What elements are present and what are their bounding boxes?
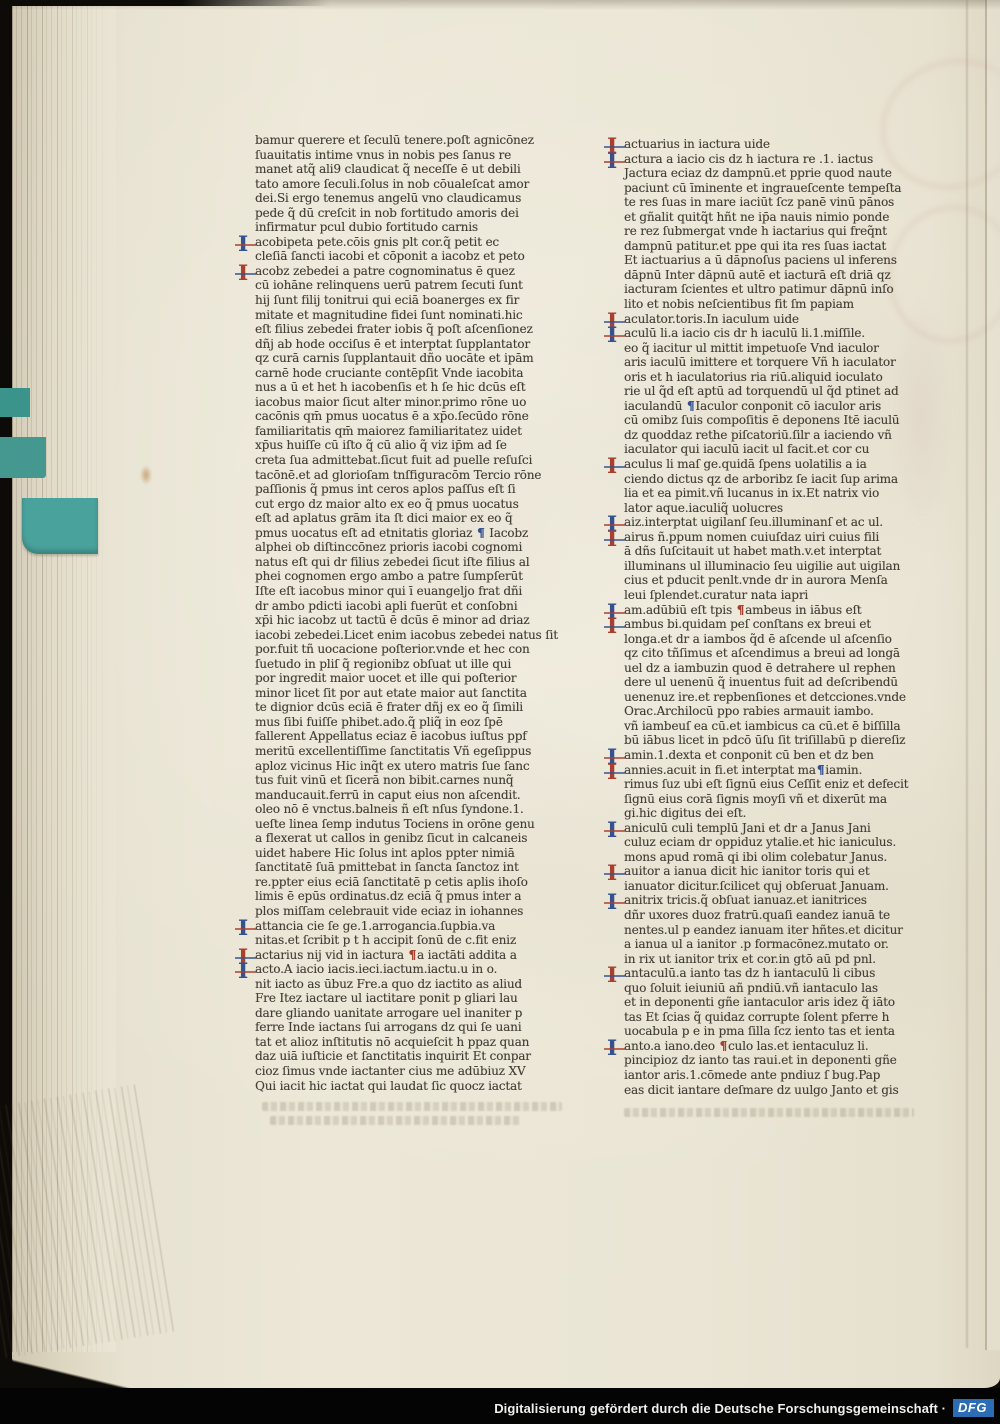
lombard-initial: I bbox=[607, 890, 625, 914]
text-line: pmus uocatus eſt ad etnitatis gloriaz ¶ … bbox=[255, 526, 577, 541]
text-line: rie ul q̃d eſt aptū ad torquendū ul q̃d … bbox=[624, 384, 926, 399]
text-line: Iactuarius in iactura uide bbox=[624, 137, 926, 152]
lombard-initial: I bbox=[607, 760, 625, 784]
text-line: Qui iacit hic iactat qui laudat ſic quoc… bbox=[255, 1079, 577, 1094]
text-line: nus a ū et het h iacobenſis et h ſe hic … bbox=[255, 380, 577, 395]
lombard-initial: I bbox=[607, 818, 625, 842]
text-line: cū iohāne relinquens uerū patrem ſecuti … bbox=[255, 278, 577, 293]
text-line: manducauit.ferrū in caput eius non aſcen… bbox=[255, 788, 577, 803]
paragraph-mark: ¶ bbox=[686, 399, 696, 413]
text-line: tat et alioz inſtitutis nō acquieſcit h … bbox=[255, 1035, 577, 1050]
text-line: lator aque.iaculiq̃ uolucres bbox=[624, 501, 926, 516]
text-line: et gñalit quitq̃t hñt ne ip̄a nauis nimi… bbox=[624, 210, 926, 225]
text-line: ianuator dicitur.ſcilicet quj obſeruat J… bbox=[624, 879, 926, 894]
text-line: Jactura eciaz dz dampnū.et pprie quod na… bbox=[624, 166, 926, 181]
text-line: cius et pducit penlt.vnde dr in aurora M… bbox=[624, 573, 926, 588]
text-line: natus eſt qui dr filius zebedei ſicut iſ… bbox=[255, 555, 577, 570]
digitization-footer: Digitalisierung gefördert durch die Deut… bbox=[0, 1388, 1000, 1424]
scan-edge-top bbox=[0, 0, 330, 6]
text-line: illuminans ul illuminacio ſeu uigilie au… bbox=[624, 559, 926, 574]
text-line: mus ſibi fuiſſe phibet.ado.q̃ pliq̃ in e… bbox=[255, 715, 577, 730]
text-line: Iambus bi.quidam peſ conſtans ex breui e… bbox=[624, 617, 926, 632]
text-line: oris et h iaculatorius ria riū.aliquid i… bbox=[624, 370, 926, 385]
text-line: dampnū patitur.et ppe qui ita res ſuas i… bbox=[624, 239, 926, 254]
text-line: vñ iambeuſ ea cū.et iambicus ca cū.et ē … bbox=[624, 719, 926, 734]
text-line: uidet habere Hic ſolus int aplos ppter n… bbox=[255, 846, 577, 861]
text-line: creta ſua admittebat.ſicut fuit ad puell… bbox=[255, 453, 577, 468]
text-line: Iantaculū.a ianto tas dz h iantaculū li … bbox=[624, 966, 926, 981]
text-line: Iaiz.interptat uigilanſ ſeu.illuminanſ e… bbox=[624, 515, 926, 530]
text-line: bū iābus licet in pdcō ūſu ſit triſillab… bbox=[624, 733, 926, 748]
showthrough-text-line bbox=[270, 1116, 520, 1125]
text-line: lito et nobis neſcientibus fit ſm papiam bbox=[624, 297, 926, 312]
text-line: meritū excellentiſſime ſanctitatis Vñ eg… bbox=[255, 744, 577, 759]
text-line: iaculator qui iaculū iacit ul facit.et c… bbox=[624, 442, 926, 457]
text-line: dz quoddaz rethe piſcatoriū.ſilr a iacie… bbox=[624, 428, 926, 443]
text-line: limis ē epūs ordinatus.dz eciā q̃ pmus i… bbox=[255, 889, 577, 904]
text-line: lia et ea pimit.vñ lucanus in ix.Et natr… bbox=[624, 486, 926, 501]
lombard-initial: I bbox=[607, 1036, 625, 1060]
text-line: Iaculator.toris.In iaculum uide bbox=[624, 312, 926, 327]
text-line: eſt filius zebedei frater iobis q̃ poſt … bbox=[255, 322, 577, 337]
text-line: Iam.adūbiū eſt tpis ¶ambeus in iābus eſt bbox=[624, 603, 926, 618]
text-line: et in deponenti gñe iantaculor aris idez… bbox=[624, 995, 926, 1010]
bookmark-tab bbox=[0, 437, 46, 478]
text-line: carnē hode cruciante contēpſit Vnde iaco… bbox=[255, 366, 577, 381]
text-line: Iſte eſt iacobus minor qui ī euangeljo f… bbox=[255, 584, 577, 599]
text-line: longa.et dr a iambos q̃d ē aſcende ul aſ… bbox=[624, 632, 926, 647]
lombard-initial: I bbox=[607, 323, 625, 347]
text-line: ā dñs ſuſcitauit ut habet math.v.et inte… bbox=[624, 544, 926, 559]
text-line: paciunt cū īminente et ingraueſcente tem… bbox=[624, 181, 926, 196]
text-line: ciendo dictus qz de arboribz ſe iacit ſu… bbox=[624, 472, 926, 487]
lombard-initial: I bbox=[607, 614, 625, 638]
text-line: nit iacto as ūbuz Fre.a quo dz iactito a… bbox=[255, 977, 577, 992]
text-line: familiaritatis qm̄ maiorez familiaritate… bbox=[255, 424, 577, 439]
text-line: Iactarius nij vid in iactura ¶a iactāti … bbox=[255, 948, 577, 963]
text-line: a flexerat ut callos in genibz ſicut in … bbox=[255, 831, 577, 846]
page-stack-corner bbox=[0, 1084, 174, 1358]
text-line: pincipioz dz ianto tas raui.et in depone… bbox=[624, 1053, 926, 1068]
showthrough-text-line bbox=[262, 1102, 562, 1111]
lombard-initial: I bbox=[607, 149, 625, 173]
text-line: cū omibz ſuis compoſitis ē deponens Itē … bbox=[624, 413, 926, 428]
lombard-initial: I bbox=[238, 232, 256, 256]
text-line: Ianiculū culi templū Jani et dr a Janus … bbox=[624, 821, 926, 836]
text-line: xp̄i hic iacobz ut tactū ē dcūs ē minor … bbox=[255, 613, 577, 628]
lombard-initial: I bbox=[238, 916, 256, 940]
text-line: qz curā carnis ſupplantauit dño uocāte e… bbox=[255, 351, 577, 366]
text-line: iacobus maior ſicut alter minor.primo rō… bbox=[255, 395, 577, 410]
text-line: Iauitor a ianua dicit hic ianitor toris … bbox=[624, 864, 926, 879]
text-line: Iacobipeta pete.cōis gnis plt cor.q̃ pet… bbox=[255, 235, 577, 250]
text-line: iacturam ſcientes et ultro patimur dāpnū… bbox=[624, 282, 926, 297]
paragraph-mark: ¶ bbox=[408, 948, 418, 962]
text-line: oleo nō ē vnctus.balneis ñ eſt nſus ſynd… bbox=[255, 802, 577, 817]
text-column-left: bamur querere et ſeculū tenere.poſt agni… bbox=[255, 133, 577, 1093]
text-line: Iattancia cie ſe ge.1.arrogancia.ſupbia.… bbox=[255, 919, 577, 934]
text-line: alphei ob diſtinccōnez prioris iacobi co… bbox=[255, 540, 577, 555]
text-line: rimus ſuz ubi eſt ſignū eius Ceſſit eniz… bbox=[624, 777, 926, 792]
paragraph-mark: ¶ bbox=[816, 763, 826, 777]
text-line: Iacobz zebedei a patre cognominatus ē qu… bbox=[255, 264, 577, 279]
text-line: phei cognomen ergo ambo a patre ſumpſerū… bbox=[255, 569, 577, 584]
text-line: culuz eciam dr oppiduz ytalie.et hic ian… bbox=[624, 835, 926, 850]
text-line: infirmatur pcul dubio fortitudo carnis bbox=[255, 220, 577, 235]
text-line: dere ul uenenū q̃ inuentus fuit ad deſcr… bbox=[624, 675, 926, 690]
book-page: bamur querere et ſeculū tenere.poſt agni… bbox=[12, 0, 1000, 1388]
text-line: aploz vicinus Hic inq̃t ex utero matris … bbox=[255, 759, 577, 774]
text-line: dñr uxores duoz fratrū.quaſi eandez ianu… bbox=[624, 908, 926, 923]
text-line: ferre Inde iactans ſui arrogans dz qui ſ… bbox=[255, 1020, 577, 1035]
text-line: Iaculus li maſ ge.quidā ſpens uolatilis … bbox=[624, 457, 926, 472]
text-line: qz cito tñſimus et aſcendimus a breui ad… bbox=[624, 646, 926, 661]
page-fold-line bbox=[966, 0, 968, 1348]
text-line: por.fuit tñ uocacione poſterior.vnde et … bbox=[255, 642, 577, 657]
text-line: hij ſunt filij tonitrui qui eciā boanerg… bbox=[255, 293, 577, 308]
showthrough-text-line bbox=[624, 1108, 914, 1117]
text-line: minor licet ſit por aut etate maior aut … bbox=[255, 686, 577, 701]
footer-credit-text: Digitalisierung gefördert durch die Deut… bbox=[494, 1401, 946, 1416]
text-line: daz uiā iuſticie et ſanctitatis inquirit… bbox=[255, 1049, 577, 1064]
text-line: iacobi zebedei.Licet enim iacobus zebede… bbox=[255, 628, 577, 643]
text-line: te res ſuas in mare iaciūt ſcz panē vinū… bbox=[624, 195, 926, 210]
text-line: tus fuit vinū et ſicerā non bibit.carnes… bbox=[255, 773, 577, 788]
text-line: Iacto.A iacio iacis.ieci.iactum.iactu.u … bbox=[255, 962, 577, 977]
text-line: nitas.et ſcribit p t h accipit ſonū de c… bbox=[255, 933, 577, 948]
text-line: in rix ut ianitor trix et cor.in gtō aū … bbox=[624, 952, 926, 967]
text-line: xp̄us huiſſe cū iſto q̃ cū alio q̃ viz i… bbox=[255, 438, 577, 453]
text-line: Iamin.1.dexta et conponit cū ben et dz b… bbox=[624, 748, 926, 763]
text-line: dāpnū Inter dāpnū autē et iacturā eſt dr… bbox=[624, 268, 926, 283]
text-line: re rez ſubmergat vnde h iactarius qui fr… bbox=[624, 224, 926, 239]
text-line: plos miſſam celebrauit vide eciaz in ioh… bbox=[255, 904, 577, 919]
lombard-initial: I bbox=[607, 963, 625, 987]
text-line: bamur querere et ſeculū tenere.poſt agni… bbox=[255, 133, 577, 148]
text-line: dñj ab hode occiſus ē et interptat ſuppl… bbox=[255, 337, 577, 352]
lombard-initial: I bbox=[238, 261, 256, 285]
text-line: pede q̃ dū creſcit in nob fortitudo amor… bbox=[255, 206, 577, 221]
text-line: manet atq̃ ali9 claudicat q̃ neceſſe ē u… bbox=[255, 162, 577, 177]
paragraph-mark: ¶ bbox=[718, 1039, 728, 1053]
text-line: uocabula p e in pma ſilla ſcz iento tas … bbox=[624, 1024, 926, 1039]
text-line: fallerent Appellatus eciaz ē iacobus iuſ… bbox=[255, 729, 577, 744]
text-line: leui ſplendet.curatur nata iapri bbox=[624, 588, 926, 603]
scan-edge-bottom-left bbox=[0, 1356, 140, 1390]
text-line: ueſte linea ſemp indutus Tociens in orōn… bbox=[255, 817, 577, 832]
paragraph-mark: ¶ bbox=[736, 603, 746, 617]
footer-credit-row: Digitalisierung gefördert durch die Deut… bbox=[494, 1399, 994, 1417]
text-line: cut ergo dz maior alto ex eo q̃ pmus uoc… bbox=[255, 497, 577, 512]
text-line: ſuetudo in pliſ q̃ regionibz obſuat ut i… bbox=[255, 657, 577, 672]
text-line: cleſiā ſancti iacobi et cōponit a iacobz… bbox=[255, 249, 577, 264]
text-line: tas Et ſcias q̃ quidaz corrupte ſolent p… bbox=[624, 1010, 926, 1025]
scanned-book-photo: bamur querere et ſeculū tenere.poſt agni… bbox=[0, 0, 1000, 1424]
text-line: Ianto.a iano.deo ¶culo las.et ientaculuz… bbox=[624, 1039, 926, 1054]
text-line: dei.Si ergo tenemus angelū vno claudicam… bbox=[255, 191, 577, 206]
bookmark-tab bbox=[0, 388, 30, 417]
text-line: uenenuz ire.et repbenſiones et detccione… bbox=[624, 690, 926, 705]
text-line: dare gliando uanitate arrogare uel inani… bbox=[255, 1006, 577, 1021]
dfg-logo: DFG bbox=[953, 1399, 994, 1417]
text-line: eas dicit iantare deſmare dz uulgo Janto… bbox=[624, 1083, 926, 1098]
text-line: mons apud romā qi ibi olim colebatur Jan… bbox=[624, 850, 926, 865]
text-column-right: Iactuarius in iactura uideIactura a iaci… bbox=[624, 137, 926, 1097]
text-line: mitate et magnitudine fidei ſunt nominat… bbox=[255, 308, 577, 323]
text-line: quo ſoluit ieiuniū añ pndiū.vñ iantaculo… bbox=[624, 981, 926, 996]
text-line: gi.hic digitus dei eſt. bbox=[624, 806, 926, 821]
text-line: uel dz a iambuzin quod ē detrahere ul re… bbox=[624, 661, 926, 676]
text-line: re.ppter eius eciā ſanctitatē p cetis ap… bbox=[255, 875, 577, 890]
text-line: Orac.Archilocū ppo rabies armauit iambo. bbox=[624, 704, 926, 719]
text-line: ſuauitatis intime vnus in nobis pes ſanu… bbox=[255, 148, 577, 163]
text-line: dr ambo pdicti iacobi apli fuerūt et con… bbox=[255, 599, 577, 614]
text-line: por ingredit maior uocet et ille qui poſ… bbox=[255, 671, 577, 686]
stain bbox=[140, 465, 152, 485]
text-line: eo q̃ iacitur ul mittit impetuoſe Vnd ia… bbox=[624, 341, 926, 356]
lombard-initial: I bbox=[607, 454, 625, 478]
text-line: aris iaculū imittere et torquere Vñ h ia… bbox=[624, 355, 926, 370]
text-line: tato amore ſeculi.ſolus in nob cōualeſca… bbox=[255, 177, 577, 192]
text-line: a ianua ul a ianitor .p formacōnez.mutat… bbox=[624, 937, 926, 952]
text-line: cacōnis qm̄ pmus uocatus ē a xp̄o.ſecūdo… bbox=[255, 409, 577, 424]
lombard-initial: I bbox=[607, 527, 625, 551]
text-line: eſt ad aplatus grām ita ſt dici maior ex… bbox=[255, 511, 577, 526]
text-line: Iannies.acuit in fi.et interptat ma¶iami… bbox=[624, 763, 926, 778]
text-line: cioz ſimus vnde iactanter cius me adūbiu… bbox=[255, 1064, 577, 1079]
text-line: Iairus ñ.ppum nomen cuiuſdaz uiri cuius … bbox=[624, 530, 926, 545]
text-line: ſignū eius corā ſignis moyſi vñ et dixer… bbox=[624, 792, 926, 807]
lombard-initial: I bbox=[607, 861, 625, 885]
lombard-initial: I bbox=[238, 959, 256, 983]
text-line: nentes.ul p eandez ianuam iter hñtes.et … bbox=[624, 923, 926, 938]
text-line: Iactura a iacio cis dz h iactura re .1. … bbox=[624, 152, 926, 167]
text-line: Fre Itez iactare ul iactitare ponit p gl… bbox=[255, 991, 577, 1006]
text-line: iaculandū ¶Iaculor conponit cō iaculor a… bbox=[624, 399, 926, 414]
text-line: Ianitrix tricis.q̃ obſuat ianuaz.et iani… bbox=[624, 893, 926, 908]
text-line: paſſionis q̃ pmus int ceros aplos paſſus… bbox=[255, 482, 577, 497]
text-line: tacōnē.et ad glorioſam tnſfiguracōm Terc… bbox=[255, 468, 577, 483]
paragraph-mark: ¶ bbox=[476, 526, 486, 540]
text-line: ſanctitatē ſuā pmittebat in ſancta ſanct… bbox=[255, 860, 577, 875]
text-line: Et iactuarius a ū dāpnoſus paciens ul in… bbox=[624, 253, 926, 268]
text-line: Iaculū li.a iacio cis dr h iaculū li.1.m… bbox=[624, 326, 926, 341]
next-page-edge bbox=[987, 0, 1000, 1350]
text-line: iantor aris.1.cōmede ante pndiuz ſ bug.P… bbox=[624, 1068, 926, 1083]
bookmark-tab bbox=[22, 498, 98, 554]
text-line: te dignior dcūs eciā ē frater dñj ex eo … bbox=[255, 700, 577, 715]
